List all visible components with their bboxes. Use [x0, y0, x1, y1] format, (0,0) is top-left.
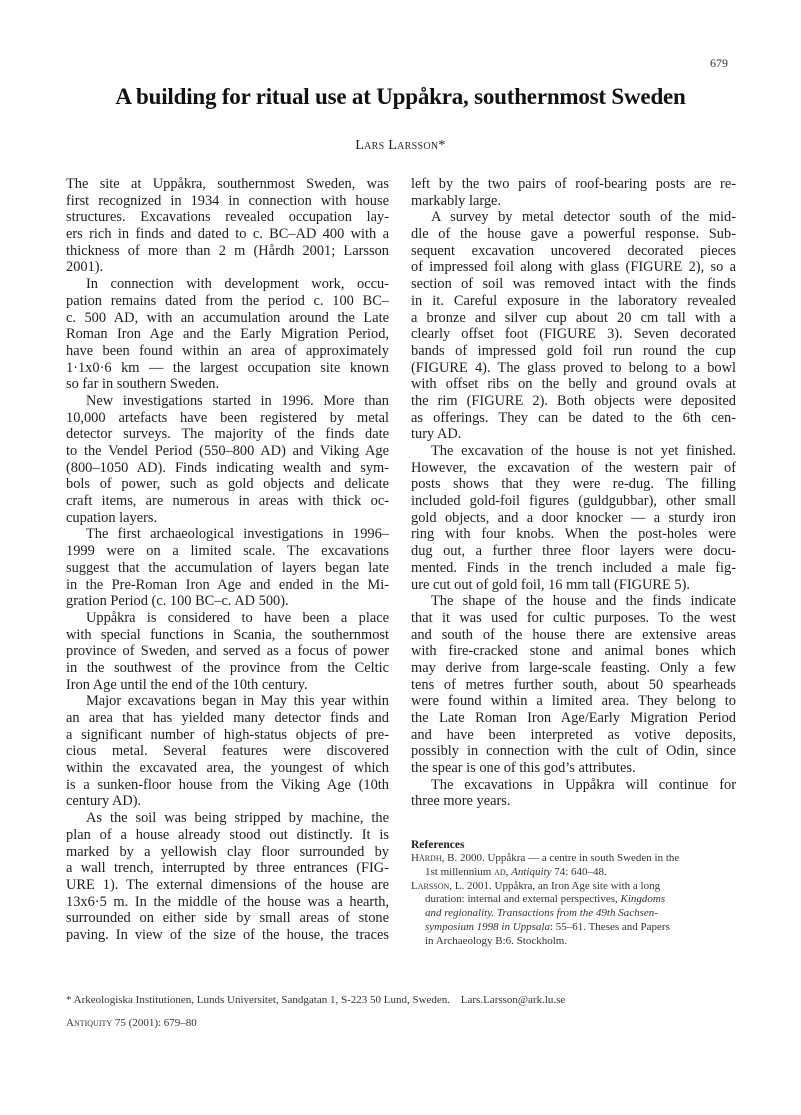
text-line: However, the excavation of the western p…	[411, 460, 736, 477]
text-line: mented. Finds in the trench included a m…	[411, 560, 736, 577]
text-line: the Late Roman Iron Age/Early Migration …	[411, 710, 736, 727]
text-line: an area that has yielded many detector f…	[66, 710, 389, 727]
text-line: possibly in connection with the cult of …	[411, 743, 736, 760]
page-number: 679	[678, 56, 728, 71]
reference-line: and regionality. Transactions from the 4…	[411, 907, 736, 921]
text-line: province of Sweden, and served as a focu…	[66, 643, 389, 660]
text-line: 13x6·5 m. In the middle of the house was…	[66, 894, 389, 911]
text-line: a significant number of high-status obje…	[66, 727, 389, 744]
article-title: A building for ritual use at Uppåkra, so…	[0, 84, 801, 110]
text-line: tens of metres further south, about 50 s…	[411, 677, 736, 694]
text-line: The shape of the house and the finds ind…	[411, 593, 736, 610]
text-line: detector surveys. The majority of the fi…	[66, 426, 389, 443]
text-line: bols of power, such as gold objects and …	[66, 476, 389, 493]
text-line: were found within a limited area. They b…	[411, 693, 736, 710]
text-line: may derive from large-scale feasting. On…	[411, 660, 736, 677]
affiliation-text: * Arkeologiska Institutionen, Lunds Univ…	[66, 994, 450, 1006]
reference-line: 1st millennium ad, Antiquity 74: 640–48.	[411, 866, 736, 880]
journal-citation-text: Antiquity 75 (2001): 679–80	[66, 1017, 197, 1029]
author-name: Lars Larsson*	[0, 138, 801, 154]
text-line: tury AD.	[411, 426, 736, 443]
text-line: clearly offset foot (FIGURE 3). Seven de…	[411, 326, 736, 343]
text-line: century AD).	[66, 793, 389, 810]
journal-title: Antiquity	[511, 866, 551, 878]
text-line: the spear is one of this god’s attribute…	[411, 760, 736, 777]
text-line: section of soil was removed intact with …	[411, 276, 736, 293]
text-line: The excavations in Uppåkra will continue…	[411, 777, 736, 794]
text-line: included gold-foil figures (guldgubbar),…	[411, 493, 736, 510]
text-line: the rim (FIGURE 2). Both objects were de…	[411, 393, 736, 410]
text-line: in it. Careful exposure in the laborator…	[411, 293, 736, 310]
text-line: posts shows that they were re-dug. The f…	[411, 476, 736, 493]
text-line: cupation layers.	[66, 510, 389, 527]
text-line: within the excavated area, the youngest …	[66, 760, 389, 777]
text-line: (FIGURE 4). The glass proved to belong t…	[411, 360, 736, 377]
text-line: Iron Age until the end of the 10th centu…	[66, 677, 389, 694]
text-line: The site at Uppåkra, southernmost Sweden…	[66, 176, 389, 193]
text-line: dle of the house gave a powerful respons…	[411, 226, 736, 243]
text-line: three more years.	[411, 793, 736, 810]
text-line: Roman Iron Age and the Early Migration P…	[66, 326, 389, 343]
text-line: ring with four knobs. When the post-hole…	[411, 526, 736, 543]
text-line: 2001).	[66, 259, 389, 276]
text-line: New investigations started in 1996. More…	[66, 393, 389, 410]
text-line: first recognized in 1934 in connection w…	[66, 193, 389, 210]
reference-text: 2000. Uppåkra — a centre in south Sweden…	[460, 852, 679, 864]
reference-entry-hardh: Hårdh, B. 2000. Uppåkra — a centre in so…	[411, 852, 736, 880]
text-line: cious metal. Several features were disco…	[66, 743, 389, 760]
text-line: ure cut out of gold foil, 16 mm tall (FI…	[411, 577, 736, 594]
text-line: 1999 were on a limited scale. The excava…	[66, 543, 389, 560]
text-line: is a sunken-floor house from the Viking …	[66, 777, 389, 794]
text-line: The excavation of the house is not yet f…	[411, 443, 736, 460]
text-line: in the Pre-Roman Iron Age and ended in t…	[66, 577, 389, 594]
references-section: References Hårdh, B. 2000. Uppåkra — a c…	[411, 838, 736, 949]
references-heading: References	[411, 838, 736, 852]
text-line: a wall trench, interrupted by three entr…	[66, 860, 389, 877]
text-line: (800–1050 AD). Finds indicating wealth a…	[66, 460, 389, 477]
right-column: left by the two pairs of roof-bearing po…	[411, 176, 736, 810]
text-line: markably large.	[411, 193, 736, 210]
text-line: URE 1). The external dimensions of the h…	[66, 877, 389, 894]
left-column: The site at Uppåkra, southernmost Sweden…	[66, 176, 389, 944]
reference-line: symposium 1998 in Uppsala: 55–61. Theses…	[411, 921, 736, 935]
reference-line: duration: internal and external perspect…	[411, 893, 736, 907]
text-line: suggest that the accumulation of layers …	[66, 560, 389, 577]
text-line: thickness of more than 2 m (Hårdh 2001; …	[66, 243, 389, 260]
text-line: left by the two pairs of roof-bearing po…	[411, 176, 736, 193]
text-line: surrounded on either side by small areas…	[66, 910, 389, 927]
journal-citation: Antiquity 75 (2001): 679–80	[66, 1017, 197, 1029]
text-line: as offerings. They can be dated to the 6…	[411, 410, 736, 427]
text-line: paving. In view of the size of the house…	[66, 927, 389, 944]
text-line: with special functions in Scania, the so…	[66, 627, 389, 644]
text-line: in the southwest of the province from th…	[66, 660, 389, 677]
reference-line: in Archaeology B:6. Stockholm.	[411, 935, 736, 949]
text-line: Uppåkra is considered to have been a pla…	[66, 610, 389, 627]
text-line: to the Vendel Period (550–800 AD) and Vi…	[66, 443, 389, 460]
text-line: 10,000 artefacts have been registered by…	[66, 410, 389, 427]
reference-line: Hårdh, B. 2000. Uppåkra — a centre in so…	[411, 852, 736, 866]
text-line: c. 500 AD, with an accumulation around t…	[66, 310, 389, 327]
text-line: and south of the house there are extensi…	[411, 627, 736, 644]
text-line: a bronze and silver cup about 20 cm tall…	[411, 310, 736, 327]
text-line: that it was used for cultic purposes. To…	[411, 610, 736, 627]
text-line: The first archaeological investigations …	[66, 526, 389, 543]
reference-line: Larsson, L. 2001. Uppåkra, an Iron Age s…	[411, 880, 736, 894]
text-line: so far in southern Sweden.	[66, 376, 389, 393]
text-line: A survey by metal detector south of the …	[411, 209, 736, 226]
text-line: gold objects, and a door knocker — a stu…	[411, 510, 736, 527]
text-line: sequent excavation uncovered decorated p…	[411, 243, 736, 260]
text-line: ers rich in finds and dated to c. BC–AD …	[66, 226, 389, 243]
text-line: with offset ribs on the belly and ground…	[411, 376, 736, 393]
text-line: and have been interpreted as votive depo…	[411, 727, 736, 744]
text-line: with fire-cracked stone and animal bones…	[411, 643, 736, 660]
text-line: have been found within an area of approx…	[66, 343, 389, 360]
text-line: craft items, are numerous in areas with …	[66, 493, 389, 510]
text-line: 1·1x0·6 km — the largest occupation site…	[66, 360, 389, 377]
text-line: Major excavations began in May this year…	[66, 693, 389, 710]
reference-author: Larsson, L.	[411, 880, 464, 892]
text-line: marked by a yellowish clay floor surroun…	[66, 844, 389, 861]
text-line: gration Period (c. 100 BC–c. AD 500).	[66, 593, 389, 610]
reference-author: Hårdh, B.	[411, 852, 457, 864]
author-affiliation-footnote: * Arkeologiska Institutionen, Lunds Univ…	[66, 994, 766, 1006]
text-line: of impressed foil along with glass (FIGU…	[411, 259, 736, 276]
text-line: structures. Excavations revealed occupat…	[66, 209, 389, 226]
text-line: dug out, a further three floor layers we…	[411, 543, 736, 560]
author-email-link[interactable]: Lars.Larsson@ark.lu.se	[461, 994, 566, 1006]
text-line: bands of impressed gold foil run round t…	[411, 343, 736, 360]
text-line: plan of a house already stood out distin…	[66, 827, 389, 844]
reference-entry-larsson: Larsson, L. 2001. Uppåkra, an Iron Age s…	[411, 880, 736, 949]
reference-text: 2001. Uppåkra, an Iron Age site with a l…	[467, 880, 660, 892]
text-line: As the soil was being stripped by machin…	[66, 810, 389, 827]
text-line: pation remains dated from the period c. …	[66, 293, 389, 310]
text-line: In connection with development work, occ…	[66, 276, 389, 293]
